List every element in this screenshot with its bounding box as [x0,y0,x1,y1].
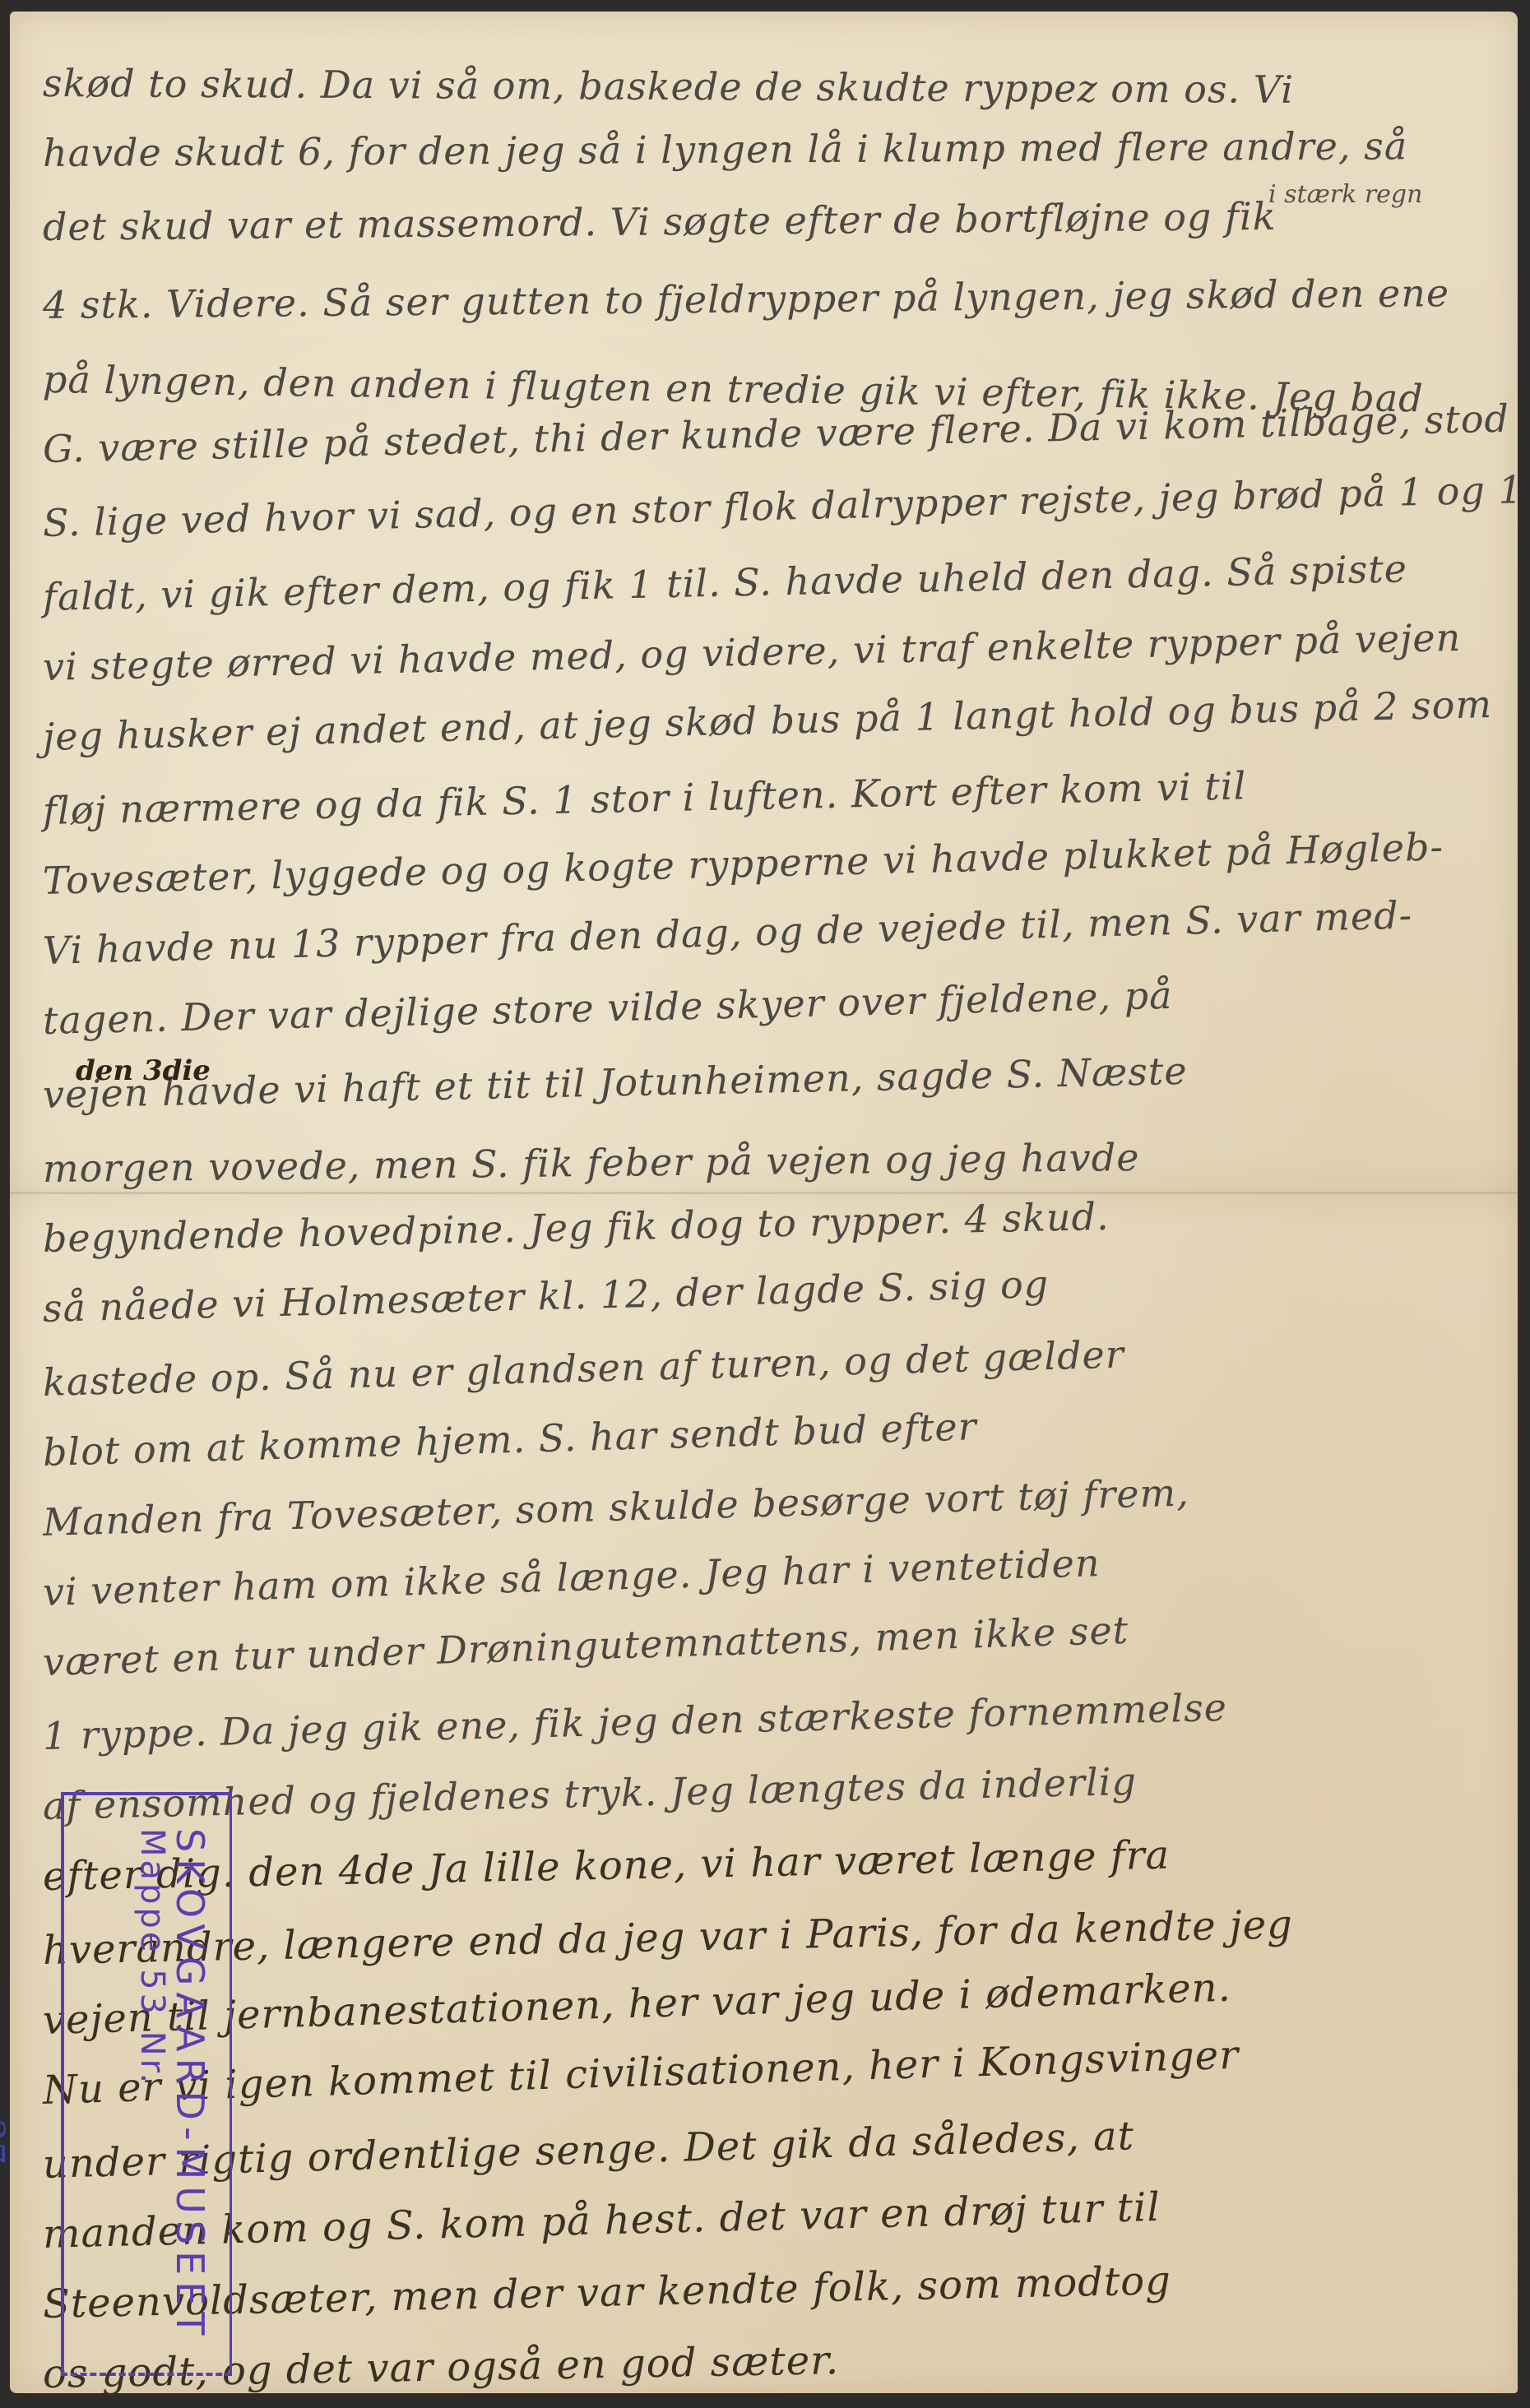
handwritten-line: morgen vovede, men S. fik feber på vejen… [43,1135,1140,1191]
handwritten-line: havde skudt 6, for den jeg så i lyngen l… [43,123,1407,175]
paper-fold [10,1192,1518,1194]
stamp-handwritten-number: 27 [0,2117,12,2163]
interlinear-insert: i stærk regn [1268,180,1422,209]
handwritten-line: fløj nærmere og da fik S. 1 stor i lufte… [42,763,1246,833]
handwritten-line: begyndende hovedpine. Jeg fik dog to ryp… [42,1194,1110,1261]
handwritten-line: Manden fra Tovesæter, som skulde besørge… [42,1470,1189,1544]
handwritten-line: været en tur under Drøningutemnattens, m… [42,1608,1129,1684]
handwritten-line: tagen. Der var dejlige store vilde skyer… [42,973,1173,1043]
handwritten-line: skød to skud. Da vi så om, baskede de sk… [43,61,1294,112]
interlinear-insert: den 3die [76,1054,211,1087]
letter-page: skød to skud. Da vi så om, baskede de sk… [10,12,1518,2393]
handwritten-line: vejen havde vi haft et tit til Jotunheim… [42,1049,1188,1117]
handwritten-line: blot om at komme hjem. S. har sendt bud … [42,1404,977,1475]
handwritten-line: kastede op. Så nu er glandsen af turen, … [42,1332,1124,1405]
handwritten-line: Vi havde nu 13 rypper fra den dag, og de… [42,892,1412,973]
handwritten-line: 1 ryppe. Da jeg gik ene, fik jeg den stæ… [42,1685,1227,1758]
handwritten-line: så nåede vi Holmesæter kl. 12, der lagde… [42,1262,1049,1331]
handwritten-line: det skud var et massemord. Vi søgte efte… [43,194,1277,249]
handwritten-line: S. lige ved hvor vi sad, og en stor flok… [42,467,1523,545]
handwritten-line: vi venter ham om ikke så længe. Jeg har … [42,1540,1101,1614]
handwritten-line: vi stegte ørred vi havde med, og videre,… [42,615,1461,689]
handwritten-line: faldt, vi gik efter dem, og fik 1 til. S… [42,546,1407,619]
handwritten-line: 4 stk. Videre. Så ser gutten to fjeldryp… [43,271,1450,327]
handwritten-line: Tovesæter, lyggede og og kogte rypperne … [42,824,1444,903]
handwritten-line: jeg husker ej andet end, at jeg skød bus… [42,682,1492,759]
stamp-museum-name: SKOVGAARD-MUSEET [168,1828,212,2341]
archive-stamp: SKOVGAARD-MUSEET Mappe 53 Nr. [61,1792,232,2376]
stamp-folder-number: Mappe 53 Nr. [133,1828,171,2086]
